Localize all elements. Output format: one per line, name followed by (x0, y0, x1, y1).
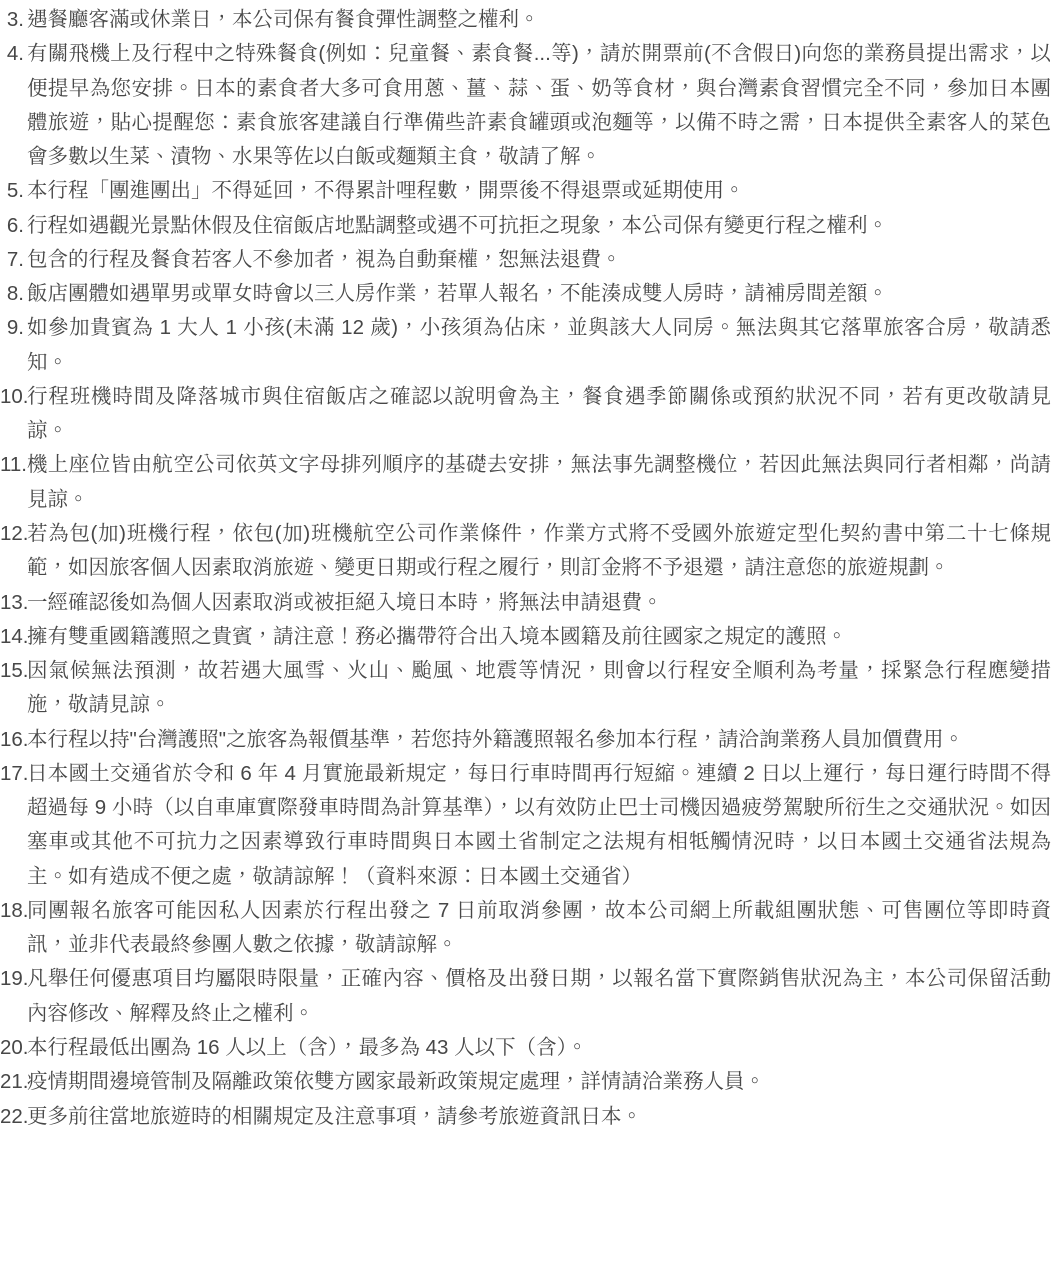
item-text: 行程如遇觀光景點休假及住宿飯店地點調整或遇不可抗拒之現象，本公司保有變更行程之權… (27, 214, 888, 237)
notice-item-11: 11. 機上座位皆由航空公司依英文字母排列順序的基礎去安排，無法事先調整機位，若… (0, 448, 1051, 517)
item-text: 遇餐廳客滿或休業日，本公司保有餐食彈性調整之權利。 (27, 8, 540, 31)
item-number: 11. (0, 448, 24, 482)
item-text: 本行程「團進團出」不得延回，不得累計哩程數，開票後不得退票或延期使用。 (27, 179, 745, 202)
item-text: 包含的行程及餐食若客人不參加者，視為自動棄權，恕無法退費。 (27, 248, 622, 271)
notice-item-17: 17. 日本國土交通省於令和 6 年 4 月實施最新規定，每日行車時間再行短縮。… (0, 757, 1051, 894)
notice-item-18: 18. 同團報名旅客可能因私人因素於行程出發之 7 日前取消參團，故本公司網上所… (0, 894, 1051, 963)
item-number: 8. (0, 277, 24, 311)
item-text: 本行程以持"台灣護照"之旅客為報價基準，若您持外籍護照報名參加本行程，請洽詢業務… (27, 728, 964, 751)
item-text: 本行程最低出團為 16 人以上（含），最多為 43 人以下（含）。 (27, 1036, 587, 1059)
item-text: 疫情期間邊境管制及隔離政策依雙方國家最新政策規定處理，詳情請洽業務人員。 (27, 1070, 765, 1093)
item-number: 12. (0, 517, 24, 551)
item-text: 日本國土交通省於令和 6 年 4 月實施最新規定，每日行車時間再行短縮。連續 2… (27, 762, 1051, 888)
item-number: 9. (0, 311, 24, 345)
item-number: 10. (0, 380, 24, 414)
item-number: 15. (0, 654, 24, 688)
item-number: 22. (0, 1100, 24, 1134)
notice-item-4: 4. 有關飛機上及行程中之特殊餐食(例如：兒童餐、素食餐...等)，請於開票前(… (0, 37, 1051, 174)
item-text: 更多前往當地旅遊時的相關規定及注意事項，請參考旅遊資訊日本。 (27, 1105, 642, 1128)
item-text: 同團報名旅客可能因私人因素於行程出發之 7 日前取消參團，故本公司網上所載組團狀… (27, 899, 1051, 956)
item-text: 凡舉任何優惠項目均屬限時限量，正確內容、價格及出發日期，以報名當下實際銷售狀況為… (27, 967, 1051, 1024)
item-number: 20. (0, 1031, 24, 1065)
item-text: 因氣候無法預測，故若遇大風雪、火山、颱風、地震等情況，則會以行程安全順利為考量，… (27, 659, 1051, 716)
item-text: 擁有雙重國籍護照之貴賓，請注意！務必攜帶符合出入境本國籍及前往國家之規定的護照。 (27, 625, 847, 648)
notice-item-3: 3. 遇餐廳客滿或休業日，本公司保有餐食彈性調整之權利。 (0, 3, 1051, 37)
notice-item-21: 21. 疫情期間邊境管制及隔離政策依雙方國家最新政策規定處理，詳情請洽業務人員。 (0, 1065, 1051, 1099)
notice-item-13: 13. 一經確認後如為個人因素取消或被拒絕入境日本時，將無法申請退費。 (0, 586, 1051, 620)
item-number: 21. (0, 1065, 24, 1099)
item-text: 行程班機時間及降落城市與住宿飯店之確認以說明會為主，餐食遇季節關係或預約狀況不同… (27, 385, 1051, 442)
item-text: 若為包(加)班機行程，依包(加)班機航空公司作業條件，作業方式將不受國外旅遊定型… (27, 522, 1051, 579)
notice-item-7: 7. 包含的行程及餐食若客人不參加者，視為自動棄權，恕無法退費。 (0, 243, 1051, 277)
item-text: 如參加貴賓為 1 大人 1 小孩(未滿 12 歲)，小孩須為佔床，並與該大人同房… (27, 316, 1051, 373)
notice-item-20: 20. 本行程最低出團為 16 人以上（含），最多為 43 人以下（含）。 (0, 1031, 1051, 1065)
item-number: 16. (0, 723, 24, 757)
notice-list: 3. 遇餐廳客滿或休業日，本公司保有餐食彈性調整之權利。 4. 有關飛機上及行程… (0, 3, 1051, 1134)
notice-item-9: 9. 如參加貴賓為 1 大人 1 小孩(未滿 12 歲)，小孩須為佔床，並與該大… (0, 311, 1051, 380)
item-number: 7. (0, 243, 24, 277)
notice-item-8: 8. 飯店團體如遇單男或單女時會以三人房作業，若單人報名，不能湊成雙人房時，請補… (0, 277, 1051, 311)
item-number: 5. (0, 174, 24, 208)
notice-item-10: 10. 行程班機時間及降落城市與住宿飯店之確認以說明會為主，餐食遇季節關係或預約… (0, 380, 1051, 449)
notice-item-22: 22. 更多前往當地旅遊時的相關規定及注意事項，請參考旅遊資訊日本。 (0, 1100, 1051, 1134)
item-number: 3. (0, 3, 24, 37)
item-number: 14. (0, 620, 24, 654)
notice-item-19: 19. 凡舉任何優惠項目均屬限時限量，正確內容、價格及出發日期，以報名當下實際銷… (0, 962, 1051, 1031)
notice-item-12: 12. 若為包(加)班機行程，依包(加)班機航空公司作業條件，作業方式將不受國外… (0, 517, 1051, 586)
item-number: 4. (0, 37, 24, 71)
item-number: 6. (0, 209, 24, 243)
notice-item-15: 15. 因氣候無法預測，故若遇大風雪、火山、颱風、地震等情況，則會以行程安全順利… (0, 654, 1051, 723)
notice-item-16: 16. 本行程以持"台灣護照"之旅客為報價基準，若您持外籍護照報名參加本行程，請… (0, 723, 1051, 757)
item-text: 有關飛機上及行程中之特殊餐食(例如：兒童餐、素食餐...等)，請於開票前(不含假… (27, 42, 1051, 168)
item-text: 一經確認後如為個人因素取消或被拒絕入境日本時，將無法申請退費。 (27, 591, 663, 614)
notice-item-5: 5. 本行程「團進團出」不得延回，不得累計哩程數，開票後不得退票或延期使用。 (0, 174, 1051, 208)
notice-page: 3. 遇餐廳客滿或休業日，本公司保有餐食彈性調整之權利。 4. 有關飛機上及行程… (0, 0, 1063, 1268)
item-text: 飯店團體如遇單男或單女時會以三人房作業，若單人報名，不能湊成雙人房時，請補房間差… (27, 282, 888, 305)
notice-item-14: 14. 擁有雙重國籍護照之貴賓，請注意！務必攜帶符合出入境本國籍及前往國家之規定… (0, 620, 1051, 654)
item-number: 19. (0, 962, 24, 996)
item-number: 13. (0, 586, 24, 620)
item-number: 18. (0, 894, 24, 928)
notice-item-6: 6. 行程如遇觀光景點休假及住宿飯店地點調整或遇不可抗拒之現象，本公司保有變更行… (0, 209, 1051, 243)
item-number: 17. (0, 757, 24, 791)
item-text: 機上座位皆由航空公司依英文字母排列順序的基礎去安排，無法事先調整機位，若因此無法… (27, 453, 1051, 510)
